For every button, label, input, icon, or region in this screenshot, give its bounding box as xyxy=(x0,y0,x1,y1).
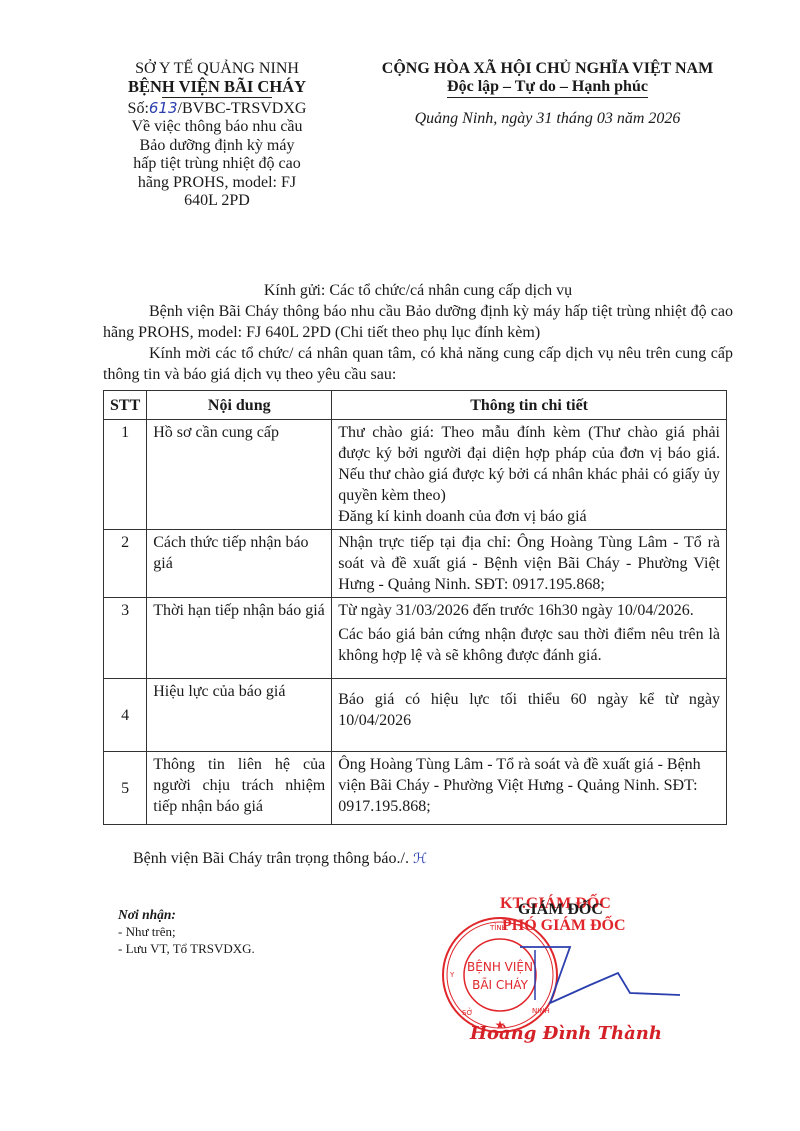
subject-line: Về việc thông báo nhu cầu xyxy=(92,118,342,137)
svg-text:BỆNH VIỆN: BỆNH VIỆN xyxy=(467,959,533,974)
row-stt: 3 xyxy=(104,598,147,679)
subject-line: 640L 2PD xyxy=(92,192,342,211)
row-detail: Nhận trực tiếp tại địa chỉ: Ông Hoàng Tù… xyxy=(332,530,727,598)
row-content: Hiệu lực của báo giá xyxy=(147,679,332,752)
row-content: Cách thức tiếp nhận báo giá xyxy=(147,530,332,598)
number-prefix: Số: xyxy=(128,100,149,117)
signature-block: BỆNH VIỆN BÃI CHÁY ★ TỈNH Y SỞ NINH KT.G… xyxy=(440,895,680,1065)
recipient-item: - Lưu VT, Tổ TRSVDXG. xyxy=(118,940,255,957)
subject-line: hấp tiệt trùng nhiệt độ cao xyxy=(92,155,342,174)
hospital-name: BỆNH VIỆN BÃI CHÁY xyxy=(92,78,342,96)
table-row: 2 Cách thức tiếp nhận báo giá Nhận trực … xyxy=(104,530,727,598)
signer-name: Hoàng Đình Thành xyxy=(470,1023,662,1044)
document-subject: Về việc thông báo nhu cầu Bảo dưỡng định… xyxy=(92,118,342,211)
requirements-table: STT Nội dung Thông tin chi tiết 1 Hồ sơ … xyxy=(103,390,727,825)
table-row: 1 Hồ sơ cần cung cấp Thư chào giá: Theo … xyxy=(104,420,727,530)
department-name: SỞ Y TẾ QUẢNG NINH xyxy=(92,60,342,78)
detail-text: Thư chào giá: Theo mẫu đính kèm (Thư chà… xyxy=(338,424,720,504)
row-detail: Thư chào giá: Theo mẫu đính kèm (Thư chà… xyxy=(332,420,727,530)
handwritten-number: 613 xyxy=(149,99,178,117)
closing-line: Bệnh viện Bãi Cháy trân trọng thông báo.… xyxy=(133,850,427,868)
table-row: 3 Thời hạn tiếp nhận báo giá Từ ngày 31/… xyxy=(104,598,727,679)
national-motto: Độc lập – Tự do – Hạnh phúc xyxy=(447,78,648,98)
announcement-paragraph: Bệnh viện Bãi Cháy thông báo nhu cầu Bảo… xyxy=(103,301,733,343)
greeting: Kính gửi: Các tổ chức/cá nhân cung cấp d… xyxy=(103,280,733,301)
initial-mark-icon: ℋ xyxy=(413,851,427,867)
recipient-item: - Như trên; xyxy=(118,923,255,940)
invitation-paragraph: Kính mời các tổ chức/ cá nhân quan tâm, … xyxy=(103,343,733,385)
document-body: Kính gửi: Các tổ chức/cá nhân cung cấp d… xyxy=(103,280,733,385)
document-number: Số:613/BVBC-TRSVDXG xyxy=(92,99,342,118)
number-suffix: /BVBC-TRSVDXG xyxy=(178,100,307,117)
row-content: Thông tin liên hệ của người chịu trách n… xyxy=(147,752,332,825)
subject-line: hãng PROHS, model: FJ xyxy=(92,174,342,193)
recipients-block: Nơi nhận: - Như trên; - Lưu VT, Tổ TRSVD… xyxy=(118,906,255,957)
svg-text:BÃI CHÁY: BÃI CHÁY xyxy=(472,977,528,992)
row-detail: Báo giá có hiệu lực tối thiểu 60 ngày kể… xyxy=(332,679,727,752)
signer-subtitle: PHÓ GIÁM ĐỐC xyxy=(502,917,626,935)
subject-line: Bảo dưỡng định kỳ máy xyxy=(92,137,342,156)
table-row: 5 Thông tin liên hệ của người chịu trách… xyxy=(104,752,727,825)
document-date: Quảng Ninh, ngày 31 tháng 03 năm 2026 xyxy=(350,110,745,128)
detail-text: Các báo giá bản cứng nhận được sau thời … xyxy=(338,624,720,666)
row-content: Thời hạn tiếp nhận báo giá xyxy=(147,598,332,679)
row-stt: 5 xyxy=(104,752,147,825)
table-row: 4 Hiệu lực của báo giá Báo giá có hiệu l… xyxy=(104,679,727,752)
header-stt: STT xyxy=(104,391,147,420)
issuing-authority-block: SỞ Y TẾ QUẢNG NINH BỆNH VIỆN BÃI CHÁY Số… xyxy=(92,60,342,211)
header-underline xyxy=(162,97,272,98)
header-detail: Thông tin chi tiết xyxy=(332,391,727,420)
svg-text:Y: Y xyxy=(449,971,455,979)
recipients-label: Nơi nhận: xyxy=(118,906,255,923)
row-stt: 1 xyxy=(104,420,147,530)
detail-text: Đăng kí kinh doanh của đơn vị báo giá xyxy=(338,508,586,525)
detail-text: Từ ngày 31/03/2026 đến trước 16h30 ngày … xyxy=(338,602,694,619)
row-detail: Từ ngày 31/03/2026 đến trước 16h30 ngày … xyxy=(332,598,727,679)
row-stt: 4 xyxy=(104,679,147,752)
svg-text:NINH: NINH xyxy=(532,1007,550,1015)
header-content: Nội dung xyxy=(147,391,332,420)
row-detail: Ông Hoàng Tùng Lâm - Tổ rà soát và đề xu… xyxy=(332,752,727,825)
svg-text:SỞ: SỞ xyxy=(462,1007,473,1017)
table-header-row: STT Nội dung Thông tin chi tiết xyxy=(104,391,727,420)
row-content: Hồ sơ cần cung cấp xyxy=(147,420,332,530)
national-header-block: CỘNG HÒA XÃ HỘI CHỦ NGHĨA VIỆT NAM Độc l… xyxy=(350,60,745,128)
nation-title: CỘNG HÒA XÃ HỘI CHỦ NGHĨA VIỆT NAM xyxy=(350,60,745,78)
closing-text: Bệnh viện Bãi Cháy trân trọng thông báo.… xyxy=(133,850,409,867)
row-stt: 2 xyxy=(104,530,147,598)
